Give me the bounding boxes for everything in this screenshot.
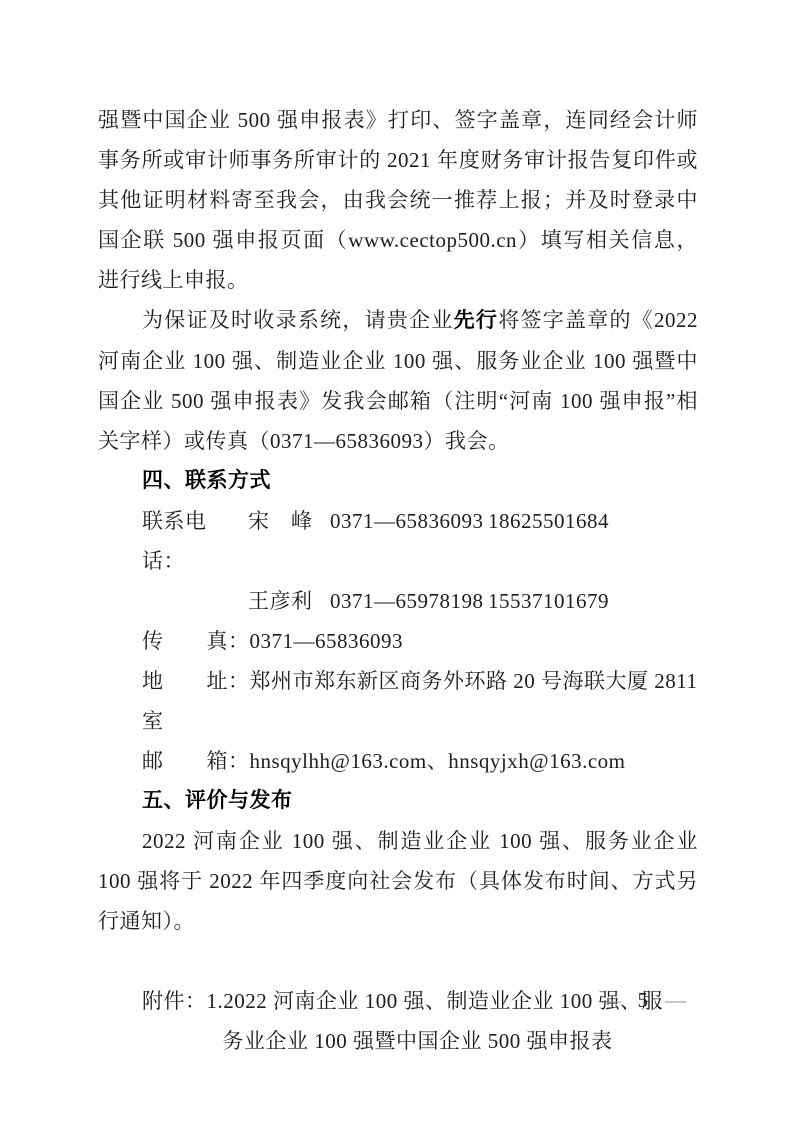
contact-row-phone-2: 王彦利 0371—65978198 15537101679 (142, 581, 698, 621)
paragraph-text: 2022 河南企业 100 强、制造业企业 100 强、服务业企业 100 强将… (98, 829, 698, 933)
emphasis-xianxing: 先行 (454, 309, 499, 332)
email-label: 邮 箱： (142, 749, 250, 773)
address-label: 地 址： (142, 669, 250, 693)
blank-line (98, 941, 698, 981)
contact-mobile: 18625501684 (488, 501, 698, 541)
fax-value: 0371—65836093 (250, 629, 404, 653)
contact-telephone: 0371—65836093 (330, 501, 488, 541)
contact-row-phone-1: 联系电话： 宋 峰 0371—65836093 18625501684 (142, 501, 698, 581)
page-number-dash-right: — (665, 988, 686, 1012)
page-number-dash-left: — (600, 988, 621, 1012)
contact-row-fax: 传 真：0371—65836093 (142, 621, 698, 661)
phone-label: 联系电话： (142, 501, 248, 581)
contact-mobile: 15537101679 (488, 581, 698, 621)
section-heading-evaluation: 五、评价与发布 (98, 781, 698, 821)
contact-name: 王彦利 (248, 581, 330, 621)
paragraph-application-submission: 强暨中国企业 500 强申报表》打印、签字盖章，连同经会计师事务所或审计师事务所… (98, 100, 698, 300)
attachment-label: 附件： (142, 981, 207, 1061)
page-content: 强暨中国企业 500 强申报表》打印、签字盖章，连同经会计师事务所或审计师事务所… (98, 100, 698, 1061)
page-number: 5 (638, 988, 649, 1012)
paragraph-early-submission: 为保证及时收录系统，请贵企业先行将签字盖章的《2022 河南企业 100 强、制… (98, 300, 698, 461)
document-page: 强暨中国企业 500 强申报表》打印、签字盖章，连同经会计师事务所或审计师事务所… (0, 0, 794, 1123)
paragraph-release-plan: 2022 河南企业 100 强、制造业企业 100 强、服务业企业 100 强将… (98, 821, 698, 941)
paragraph-text-before: 为保证及时收录系统，请贵企业 (142, 308, 454, 332)
fax-label: 传 真： (142, 629, 250, 653)
email-value: hnsqylhh@163.com、hnsqyjxh@163.com (250, 749, 626, 773)
contact-row-address: 地 址：郑州市郑东新区商务外环路 20 号海联大厦 2811 室 (142, 661, 698, 741)
section-heading-contact: 四、联系方式 (98, 461, 698, 501)
page-number-footer: — 5 — (600, 988, 687, 1012)
paragraph-text: 强暨中国企业 500 强申报表》打印、签字盖章，连同经会计师事务所或审计师事务所… (98, 108, 698, 292)
contact-block: 联系电话： 宋 峰 0371—65836093 18625501684 王彦利 … (98, 501, 698, 781)
contact-name: 宋 峰 (248, 501, 330, 541)
contact-row-email: 邮 箱：hnsqylhh@163.com、hnsqyjxh@163.com (142, 741, 698, 781)
contact-telephone: 0371—65978198 (330, 581, 488, 621)
